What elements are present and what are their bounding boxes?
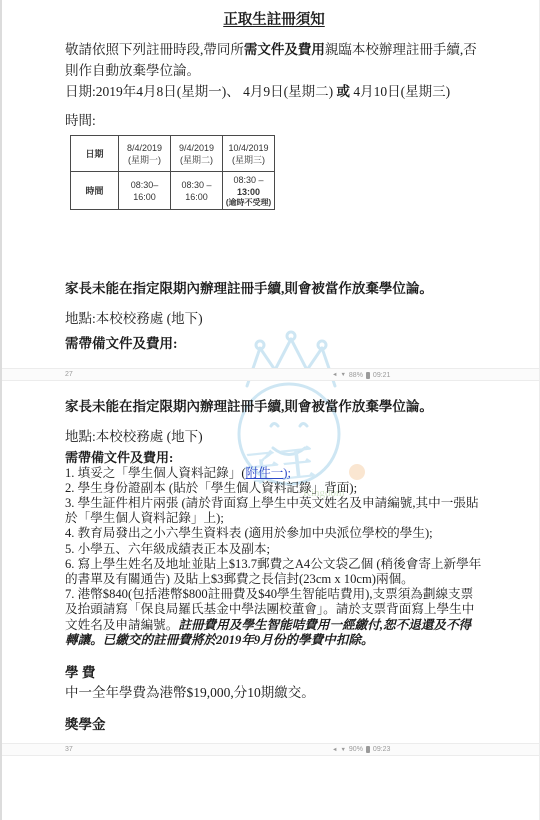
intro-text-bold: 需文件及費用 xyxy=(244,42,325,57)
time-row-label: 時間 xyxy=(71,172,119,210)
schedule-table: 日期 8/4/2019 (星期一) 9/4/2019 (星期二) 10/4/20… xyxy=(70,135,275,210)
time-label: 時間: xyxy=(65,110,483,131)
time-cell-tuesday: 08:30 –16:00 xyxy=(171,172,223,210)
documents-heading: 需帶備文件及費用: xyxy=(65,450,483,466)
date-text-or: 或 xyxy=(336,84,350,99)
statusbar-left-text: 37 xyxy=(65,746,73,753)
date-line: 日期:2019年4月8日(星期一)、 4月9日(星期二) 或 4月10日(星期三… xyxy=(65,81,483,102)
time-note: (逾時不受理) xyxy=(224,198,273,207)
vibrate-icon: ◄ xyxy=(332,370,337,380)
vibrate-icon: ◄ xyxy=(332,745,337,755)
time-cell-wednesday: 08:30 – 13:00 (逾時不受理) xyxy=(223,172,275,210)
list-item-1: 1. 填妥之「學生個人資料記錄」(附件一); xyxy=(65,466,483,481)
documents-heading: 需帶備文件及費用: xyxy=(65,333,483,354)
deadline-warning: 家長未能在指定限期內辦理註冊手續,則會被當作放棄學位論。 xyxy=(65,396,483,417)
weekday-value: (星期二) xyxy=(172,154,221,166)
status-bar-artifact-bottom: 37 ◄ ▼ 90% 09:23 xyxy=(2,743,539,756)
weekday-value: (星期一) xyxy=(120,154,169,166)
battery-percent: 88% xyxy=(349,372,363,379)
intro-text-pre: 敬請依照下列註冊時段,帶同所 xyxy=(65,42,244,57)
location-line: 地點:本校校務處 (地下) xyxy=(65,308,483,329)
list-item-4: 4. 教育局發出之小六學生資料表 (適用於參加中央派位學校的學生); xyxy=(65,526,483,541)
location-line: 地點:本校校務處 (地下) xyxy=(65,426,483,447)
date-cell-tuesday: 9/4/2019 (星期二) xyxy=(171,136,223,172)
attachment-one-link[interactable]: 附件一); xyxy=(246,466,291,480)
battery-percent: 90% xyxy=(349,746,363,753)
weekday-value: (星期三) xyxy=(224,154,273,166)
list-item-6: 6. 寫上學生姓名及地址並貼上$13.7郵費之A4公文袋乙個 (稍後會寄上新學年… xyxy=(65,557,483,587)
scholarship-heading: 獎學金 xyxy=(65,715,483,734)
tuition-heading: 學 費 xyxy=(65,663,483,682)
time-value-bold: 13:00 xyxy=(237,187,260,197)
table-row: 時間 08:30–16:00 08:30 –16:00 08:30 – 13:0… xyxy=(71,172,275,210)
tuition-body: 中一全年學費為港幣$19,000,分10期繳交。 xyxy=(65,682,483,703)
status-bar-artifact-top: 27 ◄ ▼ 88% 09:21 xyxy=(2,368,539,381)
list-item-7: 7. 港幣$840(包括港幣$800註冊費及$40學生智能咭費用),支票須為劃線… xyxy=(65,587,483,648)
wifi-icon: ▼ xyxy=(340,745,345,755)
documents-list: 1. 填妥之「學生個人資料記錄」(附件一); 2. 學生身份證副本 (貼於「學生… xyxy=(65,466,483,648)
date-text-pre: 日期:2019年4月8日(星期一)、 4月9日(星期二) xyxy=(65,84,336,99)
table-row: 日期 8/4/2019 (星期一) 9/4/2019 (星期二) 10/4/20… xyxy=(71,136,275,172)
battery-icon xyxy=(366,746,370,753)
date-cell-monday: 8/4/2019 (星期一) xyxy=(119,136,171,172)
document-page: 子王 Kingdom 正取生註冊須知 敬請依照下列註冊時段,帶同所需文件及費用親… xyxy=(0,0,540,820)
date-value: 8/4/2019 xyxy=(120,142,169,154)
list-item-3: 3. 學生証件相片兩張 (請於背面寫上學生中英文姓名及申請編號,其中一張貼於「學… xyxy=(65,496,483,526)
battery-icon xyxy=(366,372,370,379)
intro-paragraph: 敬請依照下列註冊時段,帶同所需文件及費用親臨本校辦理註冊手續,否則作自動放棄學位… xyxy=(65,39,483,81)
statusbar-left-text: 27 xyxy=(65,371,73,378)
statusbar-clock: 09:21 xyxy=(373,372,391,379)
date-value: 10/4/2019 xyxy=(224,142,273,154)
deadline-warning: 家長未能在指定限期內辦理註冊手續,則會被當作放棄學位論。 xyxy=(65,278,483,299)
time-value-pre: 08:30 – xyxy=(233,175,263,185)
list-item-5: 5. 小學五、六年級成績表正本及副本; xyxy=(65,542,483,557)
list-item-2: 2. 學生身份證副本 (貼於「學生個人資料記錄」背面); xyxy=(65,481,483,496)
wifi-icon: ▼ xyxy=(340,370,345,380)
time-cell-monday: 08:30–16:00 xyxy=(119,172,171,210)
date-row-label: 日期 xyxy=(71,136,119,172)
page-title: 正取生註冊須知 xyxy=(65,8,483,29)
item1-text: 1. 填妥之「學生個人資料記錄」( xyxy=(65,466,246,480)
date-cell-wednesday: 10/4/2019 (星期三) xyxy=(223,136,275,172)
statusbar-clock: 09:23 xyxy=(373,746,391,753)
date-text-post: 4月10日(星期三) xyxy=(350,84,450,99)
date-value: 9/4/2019 xyxy=(172,142,221,154)
